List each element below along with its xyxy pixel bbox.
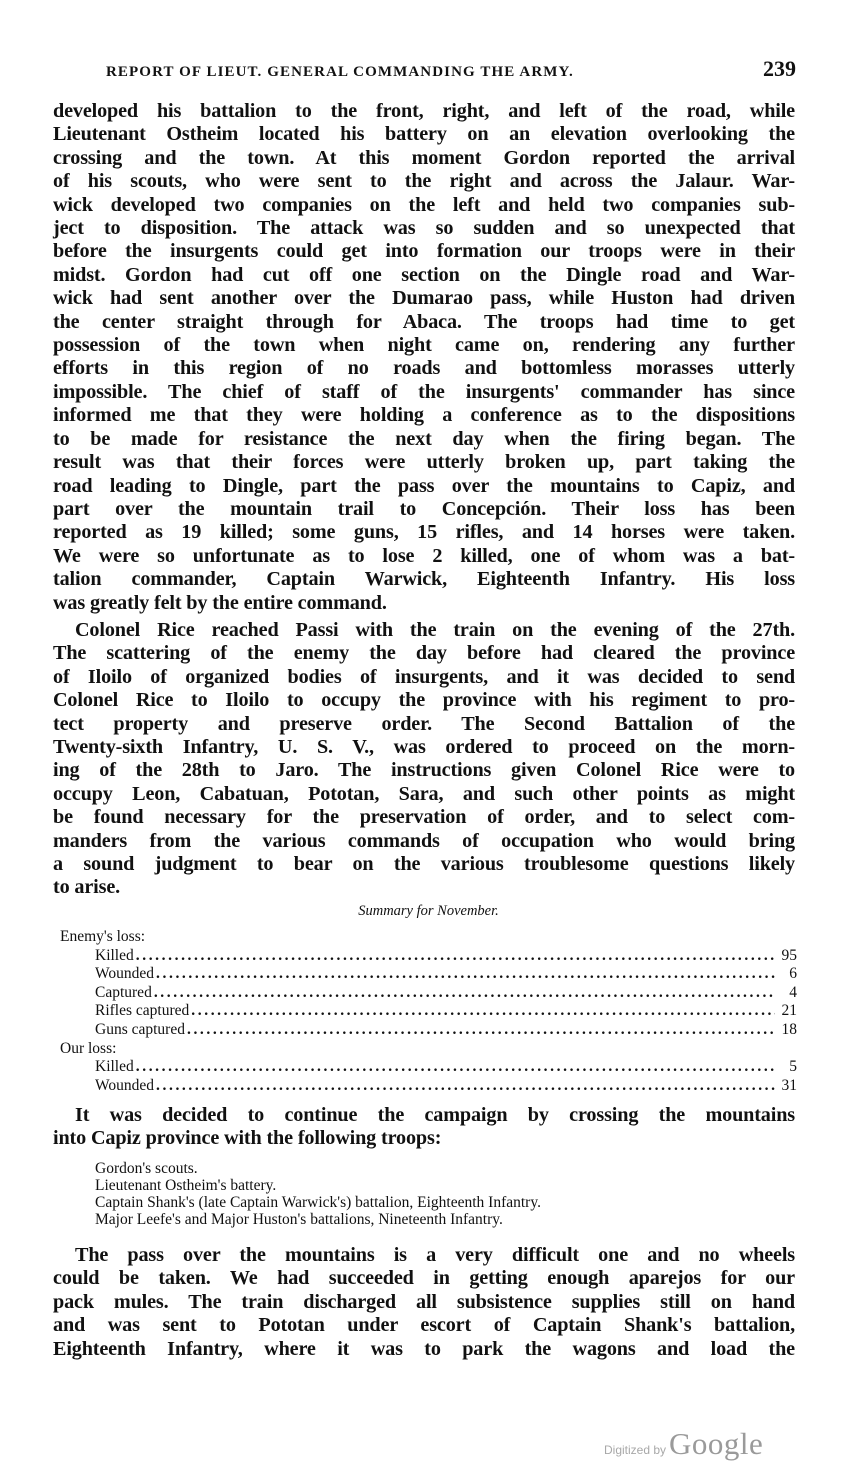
text-line: reported as 19 killed; some guns, 15 rif… xyxy=(53,521,795,544)
row-label: Rifles captured xyxy=(95,1002,189,1021)
dot-leader xyxy=(136,947,775,966)
summary-table: Enemy's loss: Killed 95 Wounded 6 Captur… xyxy=(60,928,797,1095)
troop-item: Captain Shank's (late Captain Warwick's)… xyxy=(95,1194,541,1211)
row-value: 95 xyxy=(779,947,797,966)
digitized-by-google-watermark: Digitized by Google xyxy=(604,1426,763,1462)
dot-leader xyxy=(156,965,775,984)
text-line: possession of the town when night came o… xyxy=(53,334,795,357)
table-row: Rifles captured 21 xyxy=(60,1002,797,1021)
text-line: road leading to Dingle, part the pass ov… xyxy=(53,475,795,498)
paragraph-text: The pass over the mountains is a very di… xyxy=(53,1244,795,1361)
paragraph-text: developed his battalion to the front, ri… xyxy=(53,100,795,615)
text-line: part over the mountain trail to Concepci… xyxy=(53,498,795,521)
text-line: occupy Leon, Cabatuan, Pototan, Sara, an… xyxy=(53,783,795,806)
text-line: wick developed two companies on the left… xyxy=(53,194,795,217)
row-label: Killed xyxy=(95,947,134,966)
text-line: Twenty-sixth Infantry, U. S. V., was ord… xyxy=(53,736,795,759)
text-line: be found necessary for the preservation … xyxy=(53,806,795,829)
text-line: Eighteenth Infantry, where it was to par… xyxy=(53,1338,795,1361)
text-line: was greatly felt by the entire command. xyxy=(53,592,795,615)
text-line: informed me that they were holding a con… xyxy=(53,404,795,427)
paragraph-text: It was decided to continue the campaign … xyxy=(53,1104,795,1151)
text-line: into Capiz province with the following t… xyxy=(53,1127,795,1150)
watermark-prefix: Digitized by xyxy=(604,1443,666,1457)
group-label-enemy: Enemy's loss: xyxy=(60,928,797,947)
troop-item: Gordon's scouts. xyxy=(95,1160,541,1177)
text-line: of Iloilo of organized bodies of insurge… xyxy=(53,666,795,689)
row-value: 31 xyxy=(779,1077,797,1096)
row-value: 18 xyxy=(779,1021,797,1040)
table-row: Wounded 31 xyxy=(60,1077,797,1096)
group-label-ours: Our loss: xyxy=(60,1040,797,1059)
text-line: crossing and the town. At this moment Go… xyxy=(53,147,795,170)
text-line: The scattering of the enemy the day befo… xyxy=(53,642,795,665)
text-line: talion commander, Captain Warwick, Eight… xyxy=(53,568,795,591)
text-line: the center straight through for Abaca. T… xyxy=(53,311,795,334)
row-value: 6 xyxy=(779,965,797,984)
dot-leader xyxy=(154,984,775,1003)
paragraph-text: Colonel Rice reached Passi with the trai… xyxy=(53,619,795,900)
text-line: wick had sent another over the Dumarao p… xyxy=(53,287,795,310)
text-line: developed his battalion to the front, ri… xyxy=(53,100,795,123)
row-value: 4 xyxy=(779,984,797,1003)
running-head: REPORT OF LIEUT. GENERAL COMMANDING THE … xyxy=(106,56,796,82)
text-line: pack mules. The train discharged all sub… xyxy=(53,1291,795,1314)
text-line: ing of the 28th to Jaro. The instruction… xyxy=(53,759,795,782)
row-label: Wounded xyxy=(95,965,154,984)
table-row: Wounded 6 xyxy=(60,965,797,984)
table-row: Killed 95 xyxy=(60,947,797,966)
troop-item: Lieutenant Ostheim's battery. xyxy=(95,1177,541,1194)
text-line: could be taken. We had succeeded in gett… xyxy=(53,1267,795,1290)
text-line: tect property and preserve order. The Se… xyxy=(53,713,795,736)
troop-list: Gordon's scouts. Lieutenant Ostheim's ba… xyxy=(95,1160,541,1228)
paragraph-1: developed his battalion to the front, ri… xyxy=(53,100,795,615)
dot-leader xyxy=(191,1002,775,1021)
troop-item: Major Leefe's and Major Huston's battali… xyxy=(95,1211,541,1228)
book-page: REPORT OF LIEUT. GENERAL COMMANDING THE … xyxy=(0,0,857,1484)
summary-title: Summary for November. xyxy=(0,903,857,920)
text-line: Colonel Rice to Iloilo to occupy the pro… xyxy=(53,689,795,712)
text-line: Lieutenant Ostheim located his battery o… xyxy=(53,123,795,146)
text-line: The pass over the mountains is a very di… xyxy=(53,1244,795,1267)
text-line: before the insurgents could get into for… xyxy=(53,240,795,263)
text-line: It was decided to continue the campaign … xyxy=(53,1104,795,1127)
text-line: to be made for resistance the next day w… xyxy=(53,428,795,451)
table-row: Guns captured 18 xyxy=(60,1021,797,1040)
text-line: Colonel Rice reached Passi with the trai… xyxy=(53,619,795,642)
text-line: a sound judgment to bear on the various … xyxy=(53,853,795,876)
paragraph-3: It was decided to continue the campaign … xyxy=(53,1104,795,1151)
dot-leader xyxy=(136,1058,775,1077)
page-number: 239 xyxy=(763,56,796,82)
text-line: result was that their forces were utterl… xyxy=(53,451,795,474)
row-label: Guns captured xyxy=(95,1021,185,1040)
dot-leader xyxy=(187,1021,775,1040)
row-value: 21 xyxy=(779,1002,797,1021)
text-line: midst. Gordon had cut off one section on… xyxy=(53,264,795,287)
google-logo: Google xyxy=(669,1426,763,1462)
text-line: and was sent to Pototan under escort of … xyxy=(53,1314,795,1337)
text-line: of his scouts, who were sent to the righ… xyxy=(53,170,795,193)
text-line: We were so unfortunate as to lose 2 kill… xyxy=(53,545,795,568)
row-value: 5 xyxy=(779,1058,797,1077)
text-line: efforts in this region of no roads and b… xyxy=(53,357,795,380)
row-label: Killed xyxy=(95,1058,134,1077)
paragraph-4: The pass over the mountains is a very di… xyxy=(53,1244,795,1361)
text-line: impossible. The chief of staff of the in… xyxy=(53,381,795,404)
table-row: Captured 4 xyxy=(60,984,797,1003)
running-title: REPORT OF LIEUT. GENERAL COMMANDING THE … xyxy=(106,64,574,81)
paragraph-2: Colonel Rice reached Passi with the trai… xyxy=(53,619,795,900)
dot-leader xyxy=(156,1077,775,1096)
row-label: Captured xyxy=(95,984,152,1003)
text-line: ject to disposition. The attack was so s… xyxy=(53,217,795,240)
text-line: manders from the various commands of occ… xyxy=(53,830,795,853)
text-line: to arise. xyxy=(53,876,795,899)
row-label: Wounded xyxy=(95,1077,154,1096)
table-row: Killed 5 xyxy=(60,1058,797,1077)
